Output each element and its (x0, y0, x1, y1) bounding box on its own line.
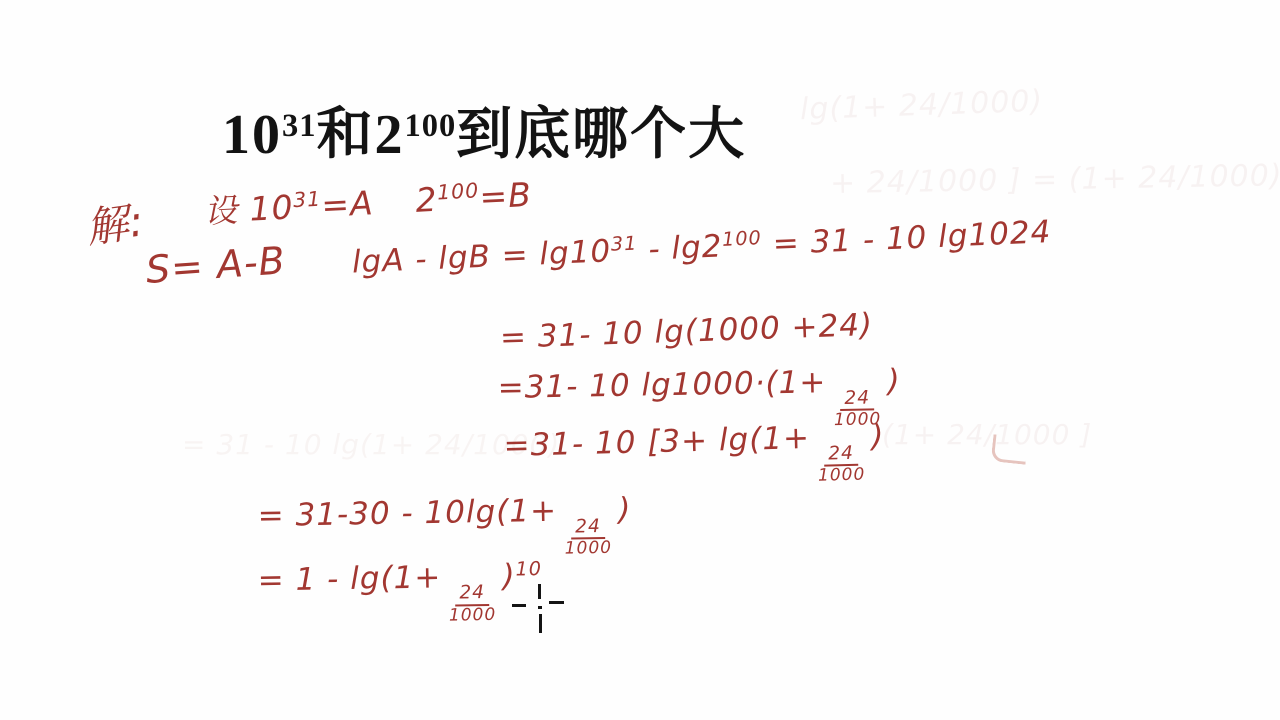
title-which-is-bigger: 到底哪个大 (456, 104, 746, 166)
fraction-24-over-1000: 241000 (813, 443, 869, 486)
step4-prefix: =31- 10 lg1000·(1+ (497, 364, 826, 406)
crosshair-vertical-top-dash (538, 584, 541, 599)
fraction-numerator: 24 (824, 444, 858, 467)
solution-label-jie: 解: (82, 188, 148, 256)
solution-s-definition: S= A-B (144, 238, 287, 292)
title-and-2: 和2 (316, 104, 404, 166)
fraction-denominator: 1000 (814, 466, 870, 486)
crosshair-vertical-bottom-dash (539, 614, 542, 633)
solution-lg-difference-line: lgA - lgB = lg1031 - lg2100 = 31 - 10 lg… (351, 213, 1052, 280)
crosshair-center-dot (538, 606, 542, 609)
lg-line-part1: lgA - lgB = lg10 (351, 233, 612, 280)
setup-equals-a: =A (320, 183, 374, 225)
faint-pink-stroke (991, 434, 1029, 465)
step7-exponent-10: 10 (515, 557, 542, 580)
erased-ghost-writing-mid-right: (1+ 24/1000 ] (882, 418, 1092, 451)
solution-final-line: = 1 - lg(1+241000)10 (257, 557, 543, 629)
setup-let-10: 设 10 (203, 187, 294, 231)
erased-ghost-writing-top-2: + 24/1000 ] = (1+ 24/1000)¹⁰ (830, 158, 1280, 201)
lg-line-exp-31: 31 (610, 232, 637, 256)
erased-ghost-writing-mid-left: = 31 - 10 lg(1+ 24/1000) (182, 428, 560, 461)
fraction-24-over-1000: 241000 (560, 517, 616, 559)
step7-suffix: ) (502, 558, 516, 594)
setup-exp-100: 100 (437, 178, 480, 204)
lg-line-part3: = 31 - 10 lg1024 (761, 214, 1052, 263)
title-base-10: 10 (222, 104, 282, 166)
page-title: 1031和2100到底哪个大 (222, 90, 746, 170)
step6-suffix: ) (618, 491, 632, 527)
fraction-24-over-1000: 241000 (444, 583, 500, 625)
fraction-numerator: 24 (840, 388, 874, 411)
solution-step-31-minus-30: = 31-30 - 10lg(1+241000) (257, 491, 632, 564)
fraction-numerator: 24 (455, 583, 489, 606)
setup-base-2: 2 (415, 180, 439, 220)
step6-prefix: = 31-30 - 10lg(1+ (257, 493, 557, 534)
title-exponent-100: 100 (404, 108, 456, 144)
setup-equals-b: =B (478, 175, 532, 217)
crosshair-horizontal-right-dash (549, 601, 564, 604)
lg-line-exp-100: 100 (722, 226, 763, 251)
step4-suffix: ) (887, 363, 901, 399)
solution-step-1000-plus-24: = 31- 10 lg(1000 +24) (499, 307, 873, 356)
fraction-denominator: 1000 (561, 539, 617, 559)
title-exponent-31: 31 (282, 108, 316, 144)
crosshair-horizontal-left-dash (512, 604, 526, 607)
fraction-numerator: 24 (571, 517, 605, 540)
setup-exp-31: 31 (292, 187, 321, 212)
erased-ghost-writing-top-1: lg(1+ 24/1000) (799, 84, 1043, 127)
solution-step-bracket-3-plus: =31- 10 [3+ lg(1+241000) (503, 418, 886, 494)
fraction-denominator: 1000 (445, 606, 501, 626)
setup-gap (374, 212, 416, 214)
step7-prefix: = 1 - lg(1+ (257, 559, 441, 598)
lg-line-part2: - lg2 (637, 228, 723, 268)
solution-setup-line: 设 1031=A2100=B (203, 169, 533, 233)
